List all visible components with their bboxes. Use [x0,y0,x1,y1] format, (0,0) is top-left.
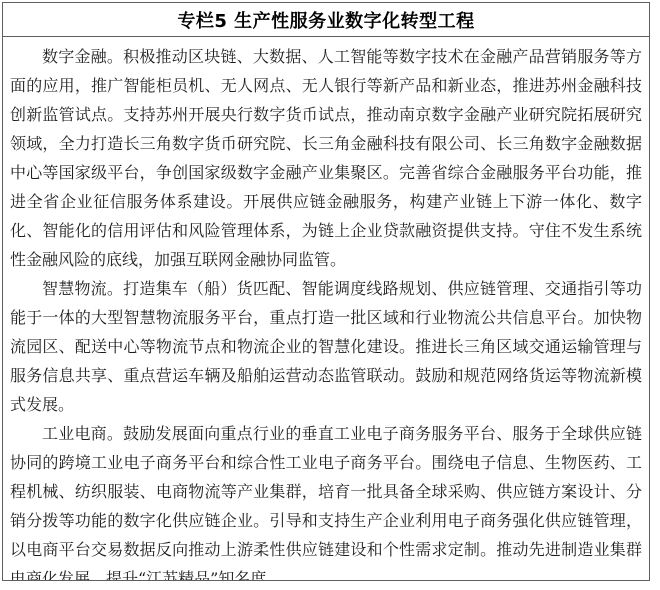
box-title: 专栏5 生产性服务业数字化转型工程 [3,3,649,37]
paragraph-smart-logistics: 智慧物流。打造集车（船）货匹配、智能调度线路规划、供应链管理、交通指引等功能于一… [10,274,642,419]
box-body: 数字金融。积极推动区块链、大数据、人工智能等数字技术在金融产品营销服务等方面的应… [3,37,649,580]
paragraph-industrial-ecommerce: 工业电商。鼓励发展面向重点行业的垂直工业电子商务服务平台、服务于全球供应链协同的… [10,419,642,580]
document-page: 专栏5 生产性服务业数字化转型工程 数字金融。积极推动区块链、大数据、人工智能等… [0,0,660,590]
column-box: 专栏5 生产性服务业数字化转型工程 数字金融。积极推动区块链、大数据、人工智能等… [2,2,650,581]
paragraph-digital-finance: 数字金融。积极推动区块链、大数据、人工智能等数字技术在金融产品营销服务等方面的应… [10,42,642,274]
